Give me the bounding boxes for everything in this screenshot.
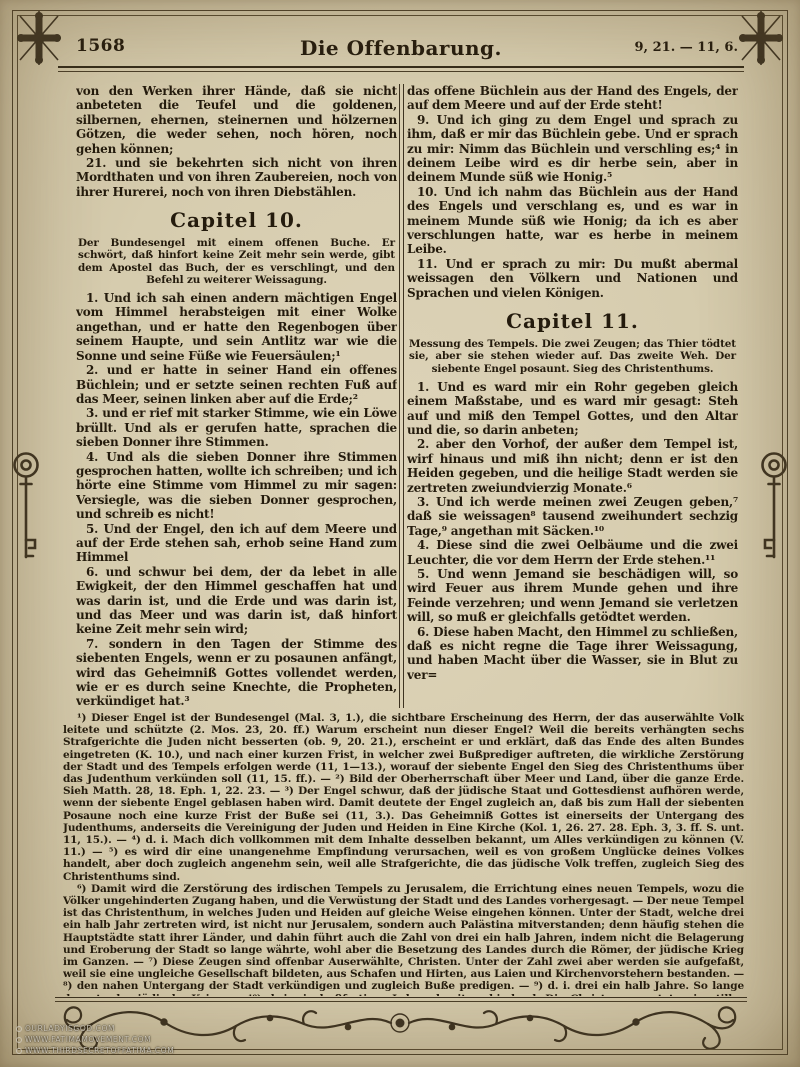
right-column: das offene Büchlein aus der Hand des Eng… [407,84,738,710]
chapter-10-heading: Capitel 10. [76,208,397,232]
verse-text: 11. Und er sprach zu mir: Du mußt aberma… [407,257,738,300]
verse-text: 1. Und es ward mir ein Rohr gegeben glei… [407,380,738,438]
watermark-bullet-icon [16,1026,22,1032]
watermark-line: WWW.FATIMAMOVEMENT.COM [16,1035,174,1044]
verse-text: 4. Diese sind die zwei Oelbäume und die … [407,538,738,567]
footnote-paragraph: ⁶) Damit wird die Zerstörung des irdisch… [63,883,744,996]
verse-text: 9. Und ich ging zu dem Engel und sprach … [407,113,738,185]
watermark-line: OURLADYISGOD.COM [16,1024,174,1033]
scanned-bible-page: 1568 Die Offenbarung. 9, 21. — 11, 6. vo… [0,0,800,1067]
verse-text: 10. Und ich nahm das Büchlein aus der Ha… [407,185,738,257]
watermark-block: OURLADYISGOD.COM WWW.FATIMAMOVEMENT.COM … [16,1022,174,1055]
column-divider-rule [399,84,404,708]
verse-text: 2. aber den Vorhof, der außer dem Tempel… [407,437,738,495]
verse-text: 7. sondern in den Tagen der Stimme des s… [76,637,397,709]
cross-icon [735,8,787,66]
footnotes-block: ¹) Dieser Engel ist der Bundesengel (Mal… [63,712,744,996]
chapter-11-heading: Capitel 11. [407,309,738,333]
watermark-line: WWW.THIRDSECRETOFFATIMA.COM [16,1046,174,1055]
verse-range: 9, 21. — 11, 6. [635,40,738,55]
verse-text: 6. und schwur bei dem, der da lebet in a… [76,565,397,637]
header-rule [58,66,744,72]
verse-text: 6. Diese haben Macht, den Himmel zu schl… [407,625,738,683]
chapter-11-summary: Messung des Tempels. Die zwei Zeugen; da… [409,338,736,375]
verse-text: das offene Büchlein aus der Hand des Eng… [407,84,738,113]
verse-text: 8. Und ich hörte die Stimme vom Himmel a… [76,709,397,710]
verse-text: 21. und sie bekehrten sich nicht von ihr… [76,156,397,199]
page-header: 1568 Die Offenbarung. 9, 21. — 11, 6. [60,36,742,62]
watermark-bullet-icon [16,1048,22,1054]
watermark-text: OURLADYISGOD.COM [25,1024,115,1033]
verse-text: 1. Und ich sah einen andern mächtigen En… [76,291,397,363]
key-icon [11,448,41,570]
verse-text: 3. und er rief mit starker Stimme, wie e… [76,406,397,449]
left-column: von den Werken ihrer Hände, daß sie nich… [76,84,397,710]
footer-rule [55,997,747,1002]
watermark-bullet-icon [16,1037,22,1043]
verse-text: von den Werken ihrer Hände, daß sie nich… [76,84,397,156]
verse-text: 3. Und ich werde meinen zwei Zeugen gebe… [407,495,738,538]
cross-icon [13,8,65,66]
verse-text: 4. Und als die sieben Donner ihre Stimme… [76,450,397,522]
verse-text: 2. und er hatte in seiner Hand ein offen… [76,363,397,406]
footnote-paragraph: ¹) Dieser Engel ist der Bundesengel (Mal… [63,712,744,883]
watermark-text: WWW.FATIMAMOVEMENT.COM [25,1035,151,1044]
verse-text: 5. Und der Engel, den ich auf dem Meere … [76,522,397,565]
verse-text: 5. Und wenn Jemand sie beschädigen will,… [407,567,738,625]
watermark-text: WWW.THIRDSECRETOFFATIMA.COM [25,1046,174,1055]
chapter-10-summary: Der Bundesengel mit einem offenen Buche.… [78,237,395,286]
key-icon [759,448,789,570]
